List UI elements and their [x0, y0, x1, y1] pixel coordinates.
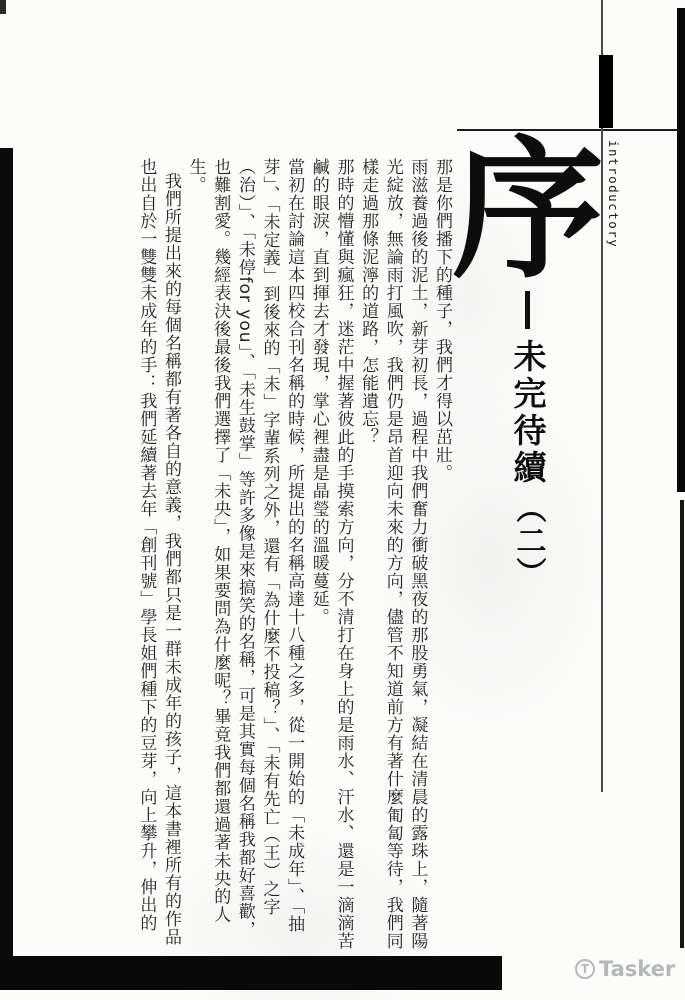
tasker-watermark: T Tasker	[575, 957, 675, 981]
scan-edge-corner	[0, 0, 6, 14]
preface-body: 那是你們播下的種子，我們才得以茁壯。 雨滋養過後的泥土，新芽初長，過程中我們奮力…	[58, 158, 454, 953]
scan-edge-bottom	[0, 956, 502, 990]
scan-edge-left	[0, 148, 13, 990]
scan-edge-right-bottom	[680, 500, 684, 948]
margin-label: introductory	[606, 140, 621, 320]
subtitle-text: 未完待續	[509, 339, 548, 487]
paragraph-2: 那時的懵懂與瘋狂，迷茫中握著彼此的手摸索方向，分不清打在身上的是雨水、汗水、還是…	[306, 158, 355, 953]
chapter-index-tab	[599, 55, 613, 128]
chapter-title-character: 序	[452, 132, 604, 287]
watermark-label: Tasker	[599, 957, 675, 981]
circle-t-icon: T	[575, 959, 595, 979]
paragraph-4: 我們所提出來的每個名稱都有著各自的意義，我們都只是一群未成年的孩子，這本書裡所有…	[134, 158, 183, 953]
paragraph-1: 雨滋養過後的泥土，新芽初長，過程中我們奮力衝破黑夜的那股勇氣，凝結在清晨的露珠上…	[355, 158, 429, 953]
dedication-line: 那是你們播下的種子，我們才得以茁壯。	[429, 158, 454, 953]
scan-edge-right-top	[677, 8, 685, 492]
scanned-book-page: introductory 序 —未完待續（二） 那是你們播下的種子，我們才得以茁…	[0, 0, 685, 1000]
paragraph-3: 當初在討論這本四校合刊名稱的時候，所提出的名稱高達十八種之多，從一開始的「未成年…	[183, 158, 306, 953]
chapter-title-block: 序 —未完待續（二）	[453, 132, 603, 602]
subtitle-number: （二）	[511, 493, 546, 589]
subtitle-dash: —	[525, 291, 530, 329]
chapter-subtitle: —未完待續（二）	[505, 289, 552, 589]
